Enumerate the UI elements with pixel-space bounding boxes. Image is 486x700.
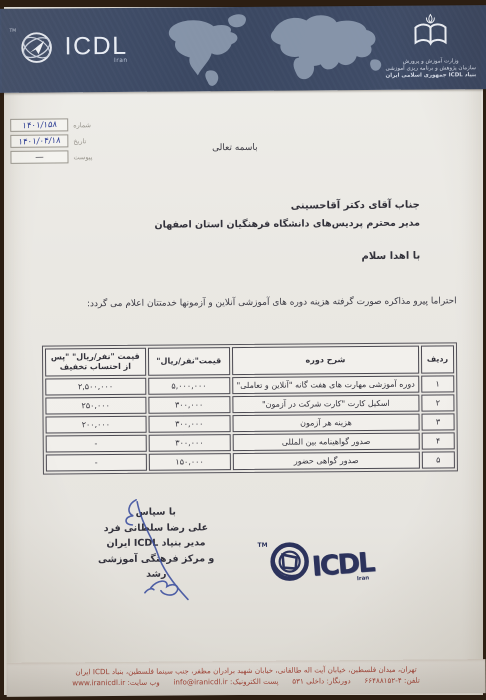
recipient-title: مدیر محترم پردیس‌های دانشگاه فرهنگیان اس… — [154, 215, 420, 235]
cell-description: دوره آموزشی مهارت های هفت گانه "آنلاین و… — [232, 376, 419, 394]
table-row: ۳ هزینه هر آزمون ۳۰۰,۰۰۰ ۲۰۰,۰۰۰ — [46, 413, 455, 433]
footer-contact: تلفن: ۴-۶۶۴۸۸۱۵۲ دورنگار: داخلی ۵۳۱ پست … — [7, 674, 486, 689]
cell-discounted: ۲,۵۰۰,۰۰۰ — [45, 378, 146, 396]
cell-discounted: - — [46, 454, 147, 472]
cell-discounted: - — [46, 435, 147, 453]
open-book-icon — [410, 12, 450, 52]
cell-discounted: ۲۵۰,۰۰۰ — [45, 397, 146, 415]
table-row: ۱ دوره آموزشی مهارت های هفت گانه "آنلاین… — [45, 375, 454, 395]
cell-row-number: ۵ — [422, 451, 455, 468]
price-table: ردیف شرح دوره قیمت"نفر/ریال" قیمت "نفر/ر… — [42, 342, 458, 474]
letter-number-label: شماره — [73, 121, 91, 129]
letter-number-row: ۱۴۰۱/۱۵۸ شماره — [10, 118, 92, 132]
cell-row-number: ۱ — [421, 375, 454, 392]
letterhead-band: TM ICDL Iran — [0, 5, 486, 93]
world-map-graphic — [143, 8, 404, 90]
header-course-description: شرح دوره — [232, 346, 419, 375]
icdl-stamp: TM ICDL Iran — [251, 530, 381, 593]
cell-price: ۳۰۰,۰۰۰ — [148, 415, 231, 433]
icdl-iran-logo: TM ICDL Iran — [15, 26, 127, 73]
table-row: ۲ اسکیل کارت "کارت شرکت در آزمون" ۳۰۰,۰۰… — [45, 394, 454, 414]
table-row: ۴ صدور گواهینامه بین المللی ۳۰۰,۰۰۰ - — [46, 432, 455, 452]
letter-number-box: ۱۴۰۱/۱۵۸ — [10, 118, 68, 131]
recipient-name: جناب آقای دکتر آقاحسینی — [154, 197, 420, 217]
table-row: ۵ صدور گواهی حضور ۱۵۰,۰۰۰ - — [46, 451, 455, 471]
table-header-row: ردیف شرح دوره قیمت"نفر/ریال" قیمت "نفر/ر… — [45, 345, 454, 376]
signature-thanks: با سپاس — [93, 504, 218, 520]
stamp-tm: TM — [257, 542, 267, 549]
signatory-title-2: و مرکز فرهنگی آموزشی رشد — [94, 551, 219, 583]
letter-body-text: احتراما پیرو مذاکره صورت گرفته هزینه دور… — [87, 296, 457, 309]
letter-number-value: ۱۴۰۱/۱۵۸ — [21, 119, 57, 131]
cell-price: ۳۰۰,۰۰۰ — [148, 434, 231, 452]
cell-description: صدور گواهینامه بین المللی — [233, 433, 420, 451]
ministry-logo: وزارت آموزش و پرورش سازمان پژوهش و برنام… — [382, 12, 479, 80]
letter-paper: TM ICDL Iran — [4, 7, 483, 695]
salutation-text: با اهدا سلام — [361, 251, 420, 262]
letter-meta-fields: ۱۴۰۱/۱۵۸ شماره ۱۴۰۱/۰۴/۱۸ تاریخ — پیوست — [10, 118, 92, 167]
cell-price: ۱۵۰,۰۰۰ — [148, 453, 231, 471]
icdl-globe-icon — [15, 26, 57, 72]
header-row-number: ردیف — [421, 345, 454, 373]
signatory-name: علی رضا سلطانی فرد — [93, 520, 218, 536]
cell-description: هزینه هر آزمون — [232, 414, 419, 432]
cell-row-number: ۴ — [421, 432, 454, 449]
trademark-label: TM — [9, 29, 16, 34]
cell-description: اسکیل کارت "کارت شرکت در آزمون" — [232, 395, 419, 413]
recipient-block: جناب آقای دکتر آقاحسینی مدیر محترم پردیس… — [154, 197, 420, 235]
cell-price: ۳۰۰,۰۰۰ — [148, 396, 231, 414]
header-price: قیمت"نفر/ریال" — [147, 347, 230, 376]
ministry-line-3: بنیاد ICDL جمهوری اسلامی ایران — [383, 72, 479, 80]
cell-row-number: ۲ — [421, 394, 454, 411]
letter-footer: تهران، میدان فلسطین، خیابان آیت اله طالق… — [6, 659, 485, 697]
signature-block: با سپاس علی رضا سلطانی فرد مدیر بنیاد IC… — [93, 504, 219, 582]
cell-discounted: ۲۰۰,۰۰۰ — [46, 416, 147, 434]
header-discounted-price: قیمت "نفر/ریال" "پس از احتساب تخفیف — [45, 348, 146, 377]
svg-text:Iran: Iran — [357, 575, 370, 582]
cell-row-number: ۳ — [421, 413, 454, 430]
cell-description: صدور گواهی حضور — [233, 452, 420, 470]
signatory-title-1: مدیر بنیاد ICDL ایران — [93, 535, 218, 551]
cell-price: ۵,۰۰۰,۰۰۰ — [148, 377, 231, 395]
